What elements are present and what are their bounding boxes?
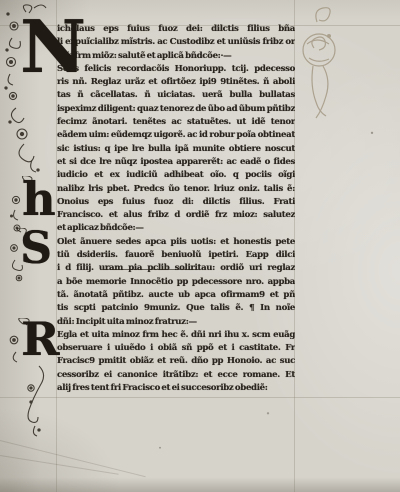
text-line: alij fres tent fri Fracisco et ei succes… <box>57 382 295 395</box>
text-line: tiũ dsideriis. fauorẽ beniuolũ ipetiri. … <box>57 249 295 262</box>
text-line: Fracisc9 pmitit obiãz et reũ. dño pp Hon… <box>57 355 295 368</box>
text-line: diĩs frm miõz: salutẽ et aplicã bñdcõe:·… <box>57 50 295 63</box>
text-line: tã. ãnotatã pñtibz. aucte ub apca ofirma… <box>57 289 295 302</box>
text-line: Olet ãnuere sedes apca piis uotis: et ho… <box>57 236 295 249</box>
text-block: icholaus eps fuius fuoz dei: dilctis fil… <box>57 23 295 395</box>
text-line: icholaus eps fuius fuoz dei: dilctis fil… <box>57 23 295 36</box>
correction-strikethrough <box>103 269 199 270</box>
text-line: cessoribz ei canonice itrãtibz: et ecce … <box>57 369 295 382</box>
text-line: nalibz lris pbet. Predcs ũo tenor. lriuz… <box>57 183 295 196</box>
text-line: fecimz ãnotari. tenẽtes ac statuẽtes. ut… <box>57 116 295 129</box>
text-line: iudicio et ex iudiciũ adhibeat oĩo. q po… <box>57 169 295 182</box>
text-line: et si dce lre nũqz ipostea apparerẽt: ac… <box>57 156 295 169</box>
text-line: tas ñ cãcellatas. ñ uiciatas. uerã bulla… <box>57 89 295 102</box>
text-line: Francisco. et alus fribz d ordiẽ frz mio… <box>57 209 295 222</box>
text-line: Sctis felicis recordacõis Honoriupp. tci… <box>57 63 295 76</box>
pen-flourish-roundel-icon <box>293 0 355 128</box>
initial-glyph: R <box>21 320 59 359</box>
illuminated-initial-R: R <box>9 318 63 438</box>
initial-glyph: h <box>22 180 55 219</box>
margin-ornament <box>293 0 355 128</box>
illuminated-initial-N: N <box>4 4 60 174</box>
text-line: obseruare i uiuẽdo i obiã sñ ppõ et i ca… <box>57 342 295 355</box>
text-line: Egla et uita minoz frm hec ẽ. dñi nri ih… <box>57 329 295 342</box>
text-line: sic istius: q ipe lre bulla ipã munite o… <box>57 143 295 156</box>
text-line: eãdem uim: eũdemqz uigorẽ. ac id robur p… <box>57 129 295 142</box>
text-line: et aplicaz bñdcõe:— <box>57 222 295 235</box>
initial-glyph: S <box>20 230 52 267</box>
text-line: ispeximz diligent: quaz tenorez de ũbo a… <box>57 103 295 116</box>
initial-glyph: N <box>20 16 86 77</box>
text-line: a bõe memorie Innocẽtio pp pdecessore nr… <box>57 276 295 289</box>
text-line: ris nñ. Reglaz urãz et ofirtõez ipi9 9ti… <box>57 76 295 89</box>
text-line: tis scpti patcinio 9muniz. Que talis ẽ. … <box>57 302 295 315</box>
text-line: li expuĩcialibz mĩstris. ac Custodibz et… <box>57 36 295 49</box>
text-line: Onoius eps fuius fuoz di: dilctis filius… <box>57 196 295 209</box>
manuscript-page: icholaus eps fuius fuoz dei: dilctis fil… <box>0 0 400 492</box>
text-line: dñi: Incipit uita minoz fratruz:— <box>57 316 295 329</box>
illuminated-initial-S: S <box>9 228 59 284</box>
